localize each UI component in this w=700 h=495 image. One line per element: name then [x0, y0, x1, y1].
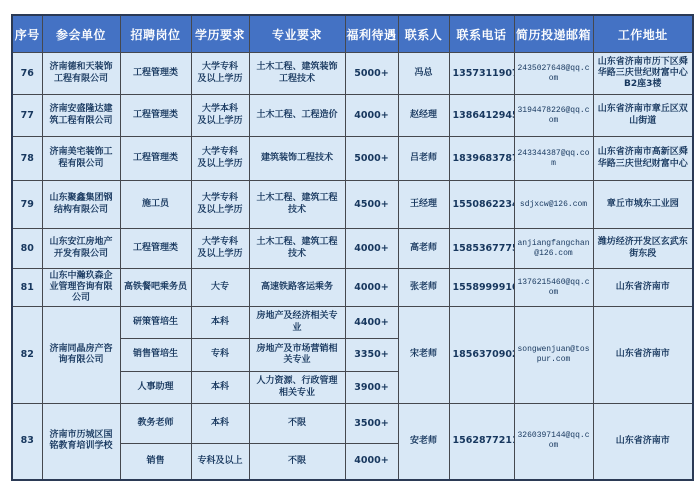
cell-phone: 13573119073	[449, 53, 514, 95]
cell-salary: 3350+	[345, 339, 398, 372]
header-cell-company: 参会单位	[42, 15, 120, 53]
cell-salary: 4500+	[345, 181, 398, 229]
cell-contact: 吕老师	[398, 137, 449, 181]
cell-major: 土木工程、工程造价	[249, 95, 345, 137]
table-row: 81 山东中瀚玖森企业管理咨询有限公司 高铁餐吧乘务员 大专 高速铁路客运乘务 …	[12, 269, 693, 307]
cell-major: 人力资源、行政管理相关专业	[249, 372, 345, 404]
cell-no: 79	[12, 181, 42, 229]
header-cell-education: 学历要求	[191, 15, 249, 53]
cell-phone: 15628772118	[449, 404, 514, 480]
header-cell-position: 招聘岗位	[120, 15, 191, 53]
cell-major: 不限	[249, 404, 345, 444]
cell-contact: 宋老师	[398, 307, 449, 404]
cell-position: 销售管培生	[120, 339, 191, 372]
cell-education: 专科及以上	[191, 444, 249, 480]
cell-salary: 4400+	[345, 307, 398, 339]
cell-email: sdjxcw@126.com	[514, 181, 593, 229]
cell-address: 山东省济南市	[593, 269, 693, 307]
cell-major: 土木工程、建筑装饰工程技术	[249, 53, 345, 95]
cell-education: 大学专科 及以上学历	[191, 137, 249, 181]
cell-no: 81	[12, 269, 42, 307]
cell-position: 工程管理类	[120, 137, 191, 181]
cell-phone: 13864129456	[449, 95, 514, 137]
cell-position: 高铁餐吧乘务员	[120, 269, 191, 307]
cell-address: 山东省济南市章丘区双山街道	[593, 95, 693, 137]
cell-position: 工程管理类	[120, 53, 191, 95]
cell-email: 2435027648@qq.com	[514, 53, 593, 95]
job-fair-table: 序号 参会单位 招聘岗位 学历要求 专业要求 福利待遇 联系人 联系电话 简历投…	[11, 14, 694, 481]
cell-contact: 赵经理	[398, 95, 449, 137]
header-row: 序号 参会单位 招聘岗位 学历要求 专业要求 福利待遇 联系人 联系电话 简历投…	[12, 15, 693, 53]
cell-email: 3260397144@qq.com	[514, 404, 593, 480]
cell-major: 高速铁路客运乘务	[249, 269, 345, 307]
table-row: 83 济南市历城区国铭教育培训学校 教务老师 本科 不限 3500+ 安老师 1…	[12, 404, 693, 444]
cell-education: 大学专科 及以上学历	[191, 53, 249, 95]
cell-company: 山东中瀚玖森企业管理咨询有限公司	[42, 269, 120, 307]
cell-salary: 3500+	[345, 404, 398, 444]
cell-email: 243344387@qq.com	[514, 137, 593, 181]
cell-education: 大学专科 及以上学历	[191, 181, 249, 229]
table-row: 76 济南德和天装饰工程有限公司 工程管理类 大学专科 及以上学历 土木工程、建…	[12, 53, 693, 95]
cell-education: 大学本科 及以上学历	[191, 95, 249, 137]
table-row: 78 济南美宅装饰工程有限公司 工程管理类 大学专科 及以上学历 建筑装饰工程技…	[12, 137, 693, 181]
cell-salary: 4000+	[345, 95, 398, 137]
cell-no: 76	[12, 53, 42, 95]
cell-position: 施工员	[120, 181, 191, 229]
cell-phone: 18563709024	[449, 307, 514, 404]
cell-address: 山东省济南市高新区舜华路三庆世纪财富中心	[593, 137, 693, 181]
cell-salary: 3900+	[345, 372, 398, 404]
cell-position: 教务老师	[120, 404, 191, 444]
cell-no: 80	[12, 229, 42, 269]
cell-company: 济南德和天装饰工程有限公司	[42, 53, 120, 95]
cell-major: 房地产及市场营销相关专业	[249, 339, 345, 372]
cell-address: 潍坊经济开发区玄武东街东段	[593, 229, 693, 269]
cell-company: 山东聚鑫集团钢结构有限公司	[42, 181, 120, 229]
cell-education: 本科	[191, 372, 249, 404]
cell-major: 不限	[249, 444, 345, 480]
cell-no: 82	[12, 307, 42, 404]
cell-address: 山东省济南市历下区舜华路三庆世纪财富中心B2座3楼	[593, 53, 693, 95]
cell-education: 大学专科 及以上学历	[191, 229, 249, 269]
cell-contact: 冯总	[398, 53, 449, 95]
cell-major: 土木工程、建筑工程技术	[249, 229, 345, 269]
cell-company: 济南安盛隆达建筑工程有限公司	[42, 95, 120, 137]
cell-email: songwenjuan@tospur.com	[514, 307, 593, 404]
cell-company: 山东安江房地产开发有限公司	[42, 229, 120, 269]
cell-company: 济南市历城区国铭教育培训学校	[42, 404, 120, 480]
cell-phone: 18396837877	[449, 137, 514, 181]
cell-education: 本科	[191, 404, 249, 444]
cell-position: 工程管理类	[120, 229, 191, 269]
cell-major: 建筑装饰工程技术	[249, 137, 345, 181]
cell-salary: 5000+	[345, 137, 398, 181]
cell-contact: 王经理	[398, 181, 449, 229]
cell-address: 山东省济南市	[593, 404, 693, 480]
job-fair-table-container: 序号 参会单位 招聘岗位 学历要求 专业要求 福利待遇 联系人 联系电话 简历投…	[11, 14, 694, 481]
table-row: 82 济南同晶房产咨询有限公司 研策管培生 本科 房地产及经济相关专业 4400…	[12, 307, 693, 339]
header-cell-no: 序号	[12, 15, 42, 53]
cell-address: 山东省济南市	[593, 307, 693, 404]
header-cell-phone: 联系电话	[449, 15, 514, 53]
table-row: 77 济南安盛隆达建筑工程有限公司 工程管理类 大学本科 及以上学历 土木工程、…	[12, 95, 693, 137]
header-cell-email: 简历投递邮箱	[514, 15, 593, 53]
header-cell-contact: 联系人	[398, 15, 449, 53]
cell-phone: 15589999109	[449, 269, 514, 307]
cell-email: anjiangfangchan@126.com	[514, 229, 593, 269]
table-row: 79 山东聚鑫集团钢结构有限公司 施工员 大学专科 及以上学历 土木工程、建筑工…	[12, 181, 693, 229]
cell-salary: 5000+	[345, 53, 398, 95]
cell-phone: 15508622347	[449, 181, 514, 229]
cell-contact: 高老师	[398, 229, 449, 269]
cell-salary: 4000+	[345, 444, 398, 480]
cell-company: 济南美宅装饰工程有限公司	[42, 137, 120, 181]
cell-contact: 安老师	[398, 404, 449, 480]
cell-education: 大专	[191, 269, 249, 307]
cell-phone: 15853677758	[449, 229, 514, 269]
header-cell-address: 工作地址	[593, 15, 693, 53]
cell-email: 1376215460@qq.com	[514, 269, 593, 307]
cell-company: 济南同晶房产咨询有限公司	[42, 307, 120, 404]
cell-education: 本科	[191, 307, 249, 339]
cell-salary: 4000+	[345, 269, 398, 307]
cell-position: 研策管培生	[120, 307, 191, 339]
cell-major: 土木工程、建筑工程技术	[249, 181, 345, 229]
cell-position: 销售	[120, 444, 191, 480]
cell-email: 3194478226@qq.com	[514, 95, 593, 137]
table-row: 80 山东安江房地产开发有限公司 工程管理类 大学专科 及以上学历 土木工程、建…	[12, 229, 693, 269]
cell-major: 房地产及经济相关专业	[249, 307, 345, 339]
cell-contact: 张老师	[398, 269, 449, 307]
header-cell-salary: 福利待遇	[345, 15, 398, 53]
cell-address: 章丘市城东工业园	[593, 181, 693, 229]
cell-no: 78	[12, 137, 42, 181]
cell-position: 工程管理类	[120, 95, 191, 137]
header-cell-major: 专业要求	[249, 15, 345, 53]
cell-position: 人事助理	[120, 372, 191, 404]
cell-salary: 4000+	[345, 229, 398, 269]
cell-education: 专科	[191, 339, 249, 372]
cell-no: 77	[12, 95, 42, 137]
cell-no: 83	[12, 404, 42, 480]
